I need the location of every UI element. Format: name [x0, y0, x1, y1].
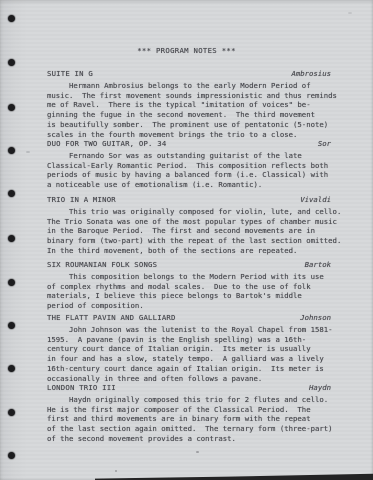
section-body-text: Fernando Sor was as outstanding guitaris…	[47, 151, 331, 190]
binding-hole-icon	[8, 15, 15, 22]
composer-name: Haydn	[309, 383, 331, 393]
paper-speck	[348, 12, 352, 14]
section-heading-row: TRIO IN A MINOR Vivaldi	[47, 195, 331, 205]
piece-title: DUO FOR TWO GUITAR, OP. 34	[47, 139, 166, 149]
paper-speck	[196, 451, 199, 453]
binding-hole-icon	[8, 279, 15, 286]
piece-title: SIX ROUMANIAN FOLK SONGS	[47, 260, 157, 270]
composer-name: Sor	[318, 139, 331, 149]
scan-bottom-edge	[95, 473, 373, 480]
program-note-section: DUO FOR TWO GUITAR, OP. 34 Sor Fernando …	[47, 139, 331, 190]
program-note-section: THE FLATT PAVIN AND GALLIARD Johnson Joh…	[47, 313, 331, 383]
page-title: *** PROGRAM NOTES ***	[0, 46, 373, 56]
binding-hole-icon	[8, 104, 15, 111]
binding-hole-icon	[8, 322, 15, 329]
binding-hole-icon	[8, 409, 15, 416]
scanned-program-notes-page: *** PROGRAM NOTES *** SUITE IN G Ambrosi…	[0, 0, 373, 480]
binding-hole-icon	[8, 147, 15, 154]
section-heading-row: SUITE IN G Ambrosius	[47, 69, 331, 79]
section-body-text: Haydn originally composed this trio for …	[47, 395, 331, 444]
program-note-section: SUITE IN G Ambrosius Hermann Ambrosius b…	[47, 69, 331, 139]
section-heading-row: THE FLATT PAVIN AND GALLIARD Johnson	[47, 313, 331, 323]
paper-speck	[26, 151, 30, 153]
composer-name: Johnson	[300, 313, 331, 323]
binding-hole-icon	[8, 365, 15, 372]
section-body-text: John Johnson was the lutenist to the Roy…	[47, 325, 331, 383]
program-note-section: SIX ROUMANIAN FOLK SONGS Bartok This com…	[47, 260, 331, 311]
program-note-section: TRIO IN A MINOR Vivaldi This trio was or…	[47, 195, 331, 256]
composer-name: Vivaldi	[300, 195, 331, 205]
binding-hole-icon	[8, 235, 15, 242]
piece-title: SUITE IN G	[47, 69, 93, 79]
paper-speck	[115, 470, 117, 472]
composer-name: Ambrosius	[291, 69, 331, 79]
section-body-text: This composition belongs to the Modern P…	[47, 272, 331, 311]
section-heading-row: DUO FOR TWO GUITAR, OP. 34 Sor	[47, 139, 331, 149]
piece-title: TRIO IN A MINOR	[47, 195, 116, 205]
piece-title: LONDON TRIO III	[47, 383, 116, 393]
binding-hole-icon	[8, 190, 15, 197]
section-heading-row: SIX ROUMANIAN FOLK SONGS Bartok	[47, 260, 331, 270]
piece-title: THE FLATT PAVIN AND GALLIARD	[47, 313, 176, 323]
section-body-text: This trio was originally composed for vi…	[47, 207, 331, 256]
binding-hole-icon	[8, 452, 15, 459]
section-body-text: Hermann Ambrosius belongs to the early M…	[47, 81, 331, 139]
composer-name: Bartok	[305, 260, 331, 270]
section-heading-row: LONDON TRIO III Haydn	[47, 383, 331, 393]
program-note-section: LONDON TRIO III Haydn Haydn originally c…	[47, 383, 331, 444]
binding-hole-icon	[8, 59, 15, 66]
